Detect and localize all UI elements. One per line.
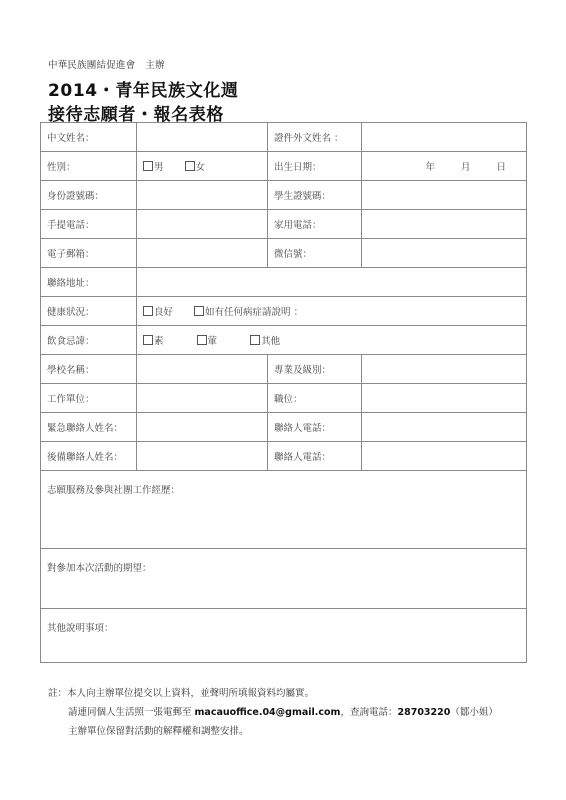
diet-other-option[interactable]: 其他: [250, 333, 280, 347]
foreign-name-field[interactable]: [362, 123, 527, 152]
checkbox-female[interactable]: [185, 161, 195, 171]
expectations-label: 對參加本次活動的期望：: [47, 563, 152, 574]
form-row-backup: 後備聯絡人姓名： 聯絡人電話：: [41, 442, 527, 471]
emergency-contact-label: 緊急聯絡人姓名：: [41, 413, 137, 442]
position-label: 職位：: [268, 384, 362, 413]
checkbox-vegetarian[interactable]: [143, 335, 153, 345]
mobile-label: 手提電話：: [41, 210, 137, 239]
health-condition-option[interactable]: 如有任何病症請說明 ：: [194, 304, 303, 318]
page-title: 2014・青年民族文化週: [48, 76, 239, 101]
emergency-phone-field[interactable]: [362, 413, 527, 442]
day-unit: 日: [496, 159, 506, 173]
id-number-field[interactable]: [137, 181, 268, 210]
gender-options: 男 女: [137, 152, 268, 181]
home-phone-label: 家用電話：: [268, 210, 362, 239]
address-label: 聯絡地址：: [41, 268, 137, 297]
address-field[interactable]: [137, 268, 527, 297]
form-row-work: 工作單位： 職位：: [41, 384, 527, 413]
checkbox-health-good[interactable]: [143, 306, 153, 316]
contact-email[interactable]: macauoffice.04@gmail.com: [195, 707, 341, 718]
mobile-field[interactable]: [137, 210, 268, 239]
employer-label: 工作單位：: [41, 384, 137, 413]
major-label: 專業及級別：: [268, 355, 362, 384]
other-notes-field[interactable]: 其他說明事項：: [41, 609, 527, 663]
gender-label: 性別：: [41, 152, 137, 181]
chinese-name-label: 中文姓名：: [41, 123, 137, 152]
backup-contact-field[interactable]: [137, 442, 268, 471]
form-row-emergency: 緊急聯絡人姓名： 聯絡人電話：: [41, 413, 527, 442]
registration-form: 中文姓名： 證件外文姓名 ： 性別： 男 女 出生日期： 年月日 身份證號碼： …: [40, 122, 527, 663]
volunteer-experience-field[interactable]: 志願服務及參與社團工作經歷：: [41, 471, 527, 549]
student-id-label: 學生證號碼：: [268, 181, 362, 210]
form-row-diet: 飲食忌諱： 素 葷 其他: [41, 326, 527, 355]
diet-vegetarian-option[interactable]: 素: [143, 333, 164, 347]
footnotes: 註：本人向主辦單位提交以上資料，並聲明所填報資料均屬實。 請連同個人生活照一張電…: [48, 684, 498, 741]
checkbox-meat[interactable]: [197, 335, 207, 345]
position-field[interactable]: [362, 384, 527, 413]
diet-label: 飲食忌諱：: [41, 326, 137, 355]
health-label: 健康狀況：: [41, 297, 137, 326]
birth-date-field[interactable]: 年月日: [362, 152, 527, 181]
diet-meat-option[interactable]: 葷: [197, 333, 218, 347]
other-notes-label: 其他說明事項：: [47, 623, 114, 634]
form-row-health: 健康狀況： 良好 如有任何病症請說明 ：: [41, 297, 527, 326]
backup-contact-label: 後備聯絡人姓名：: [41, 442, 137, 471]
checkbox-male[interactable]: [143, 161, 153, 171]
school-field[interactable]: [137, 355, 268, 384]
form-row-phone: 手提電話： 家用電話：: [41, 210, 527, 239]
form-row-address: 聯絡地址：: [41, 268, 527, 297]
form-row-id: 身份證號碼： 學生證號碼：: [41, 181, 527, 210]
diet-options: 素 葷 其他: [137, 326, 527, 355]
emergency-contact-field[interactable]: [137, 413, 268, 442]
backup-phone-field[interactable]: [362, 442, 527, 471]
note-declaration: 註：本人向主辦單位提交以上資料，並聲明所填報資料均屬實。: [48, 684, 498, 703]
home-phone-field[interactable]: [362, 210, 527, 239]
student-id-field[interactable]: [362, 181, 527, 210]
email-field[interactable]: [137, 239, 268, 268]
wechat-label: 微信號：: [268, 239, 362, 268]
year-unit: 年: [425, 159, 435, 173]
birth-date-label: 出生日期：: [268, 152, 362, 181]
school-label: 學校名稱：: [41, 355, 137, 384]
wechat-field[interactable]: [362, 239, 527, 268]
form-row-expectations: 對參加本次活動的期望：: [41, 549, 527, 609]
health-good-option[interactable]: 良好: [143, 304, 173, 318]
form-row-school: 學校名稱： 專業及級別：: [41, 355, 527, 384]
organizer-line: 中華民族團結促進會主辦: [48, 57, 165, 71]
employer-field[interactable]: [137, 384, 268, 413]
contact-phone: 28703220: [397, 707, 450, 718]
organizer-name: 中華民族團結促進會: [48, 60, 135, 71]
chinese-name-field[interactable]: [137, 123, 268, 152]
backup-phone-label: 聯絡人電話：: [268, 442, 362, 471]
major-field[interactable]: [362, 355, 527, 384]
form-row-other: 其他說明事項：: [41, 609, 527, 663]
gender-male-option[interactable]: 男: [143, 159, 164, 173]
email-label: 電子郵箱：: [41, 239, 137, 268]
note-reservation: 主辦單位保留對活動的解釋權和調整安排。: [48, 722, 498, 741]
form-row-experience: 志願服務及參與社團工作經歷：: [41, 471, 527, 549]
organizer-role: 主辦: [145, 60, 164, 71]
volunteer-experience-label: 志願服務及參與社團工作經歷：: [47, 485, 180, 496]
expectations-field[interactable]: 對參加本次活動的期望：: [41, 549, 527, 609]
month-unit: 月: [461, 159, 471, 173]
note-submission: 請連同個人生活照一張電郵至 macauoffice.04@gmail.com，查…: [48, 703, 498, 722]
checkbox-health-condition[interactable]: [194, 306, 204, 316]
form-row-gender: 性別： 男 女 出生日期： 年月日: [41, 152, 527, 181]
gender-female-option[interactable]: 女: [185, 159, 206, 173]
emergency-phone-label: 聯絡人電話：: [268, 413, 362, 442]
form-row-name: 中文姓名： 證件外文姓名 ：: [41, 123, 527, 152]
id-number-label: 身份證號碼：: [41, 181, 137, 210]
form-row-email: 電子郵箱： 微信號：: [41, 239, 527, 268]
checkbox-diet-other[interactable]: [250, 335, 260, 345]
health-options: 良好 如有任何病症請說明 ：: [137, 297, 527, 326]
foreign-name-label: 證件外文姓名 ：: [268, 123, 362, 152]
